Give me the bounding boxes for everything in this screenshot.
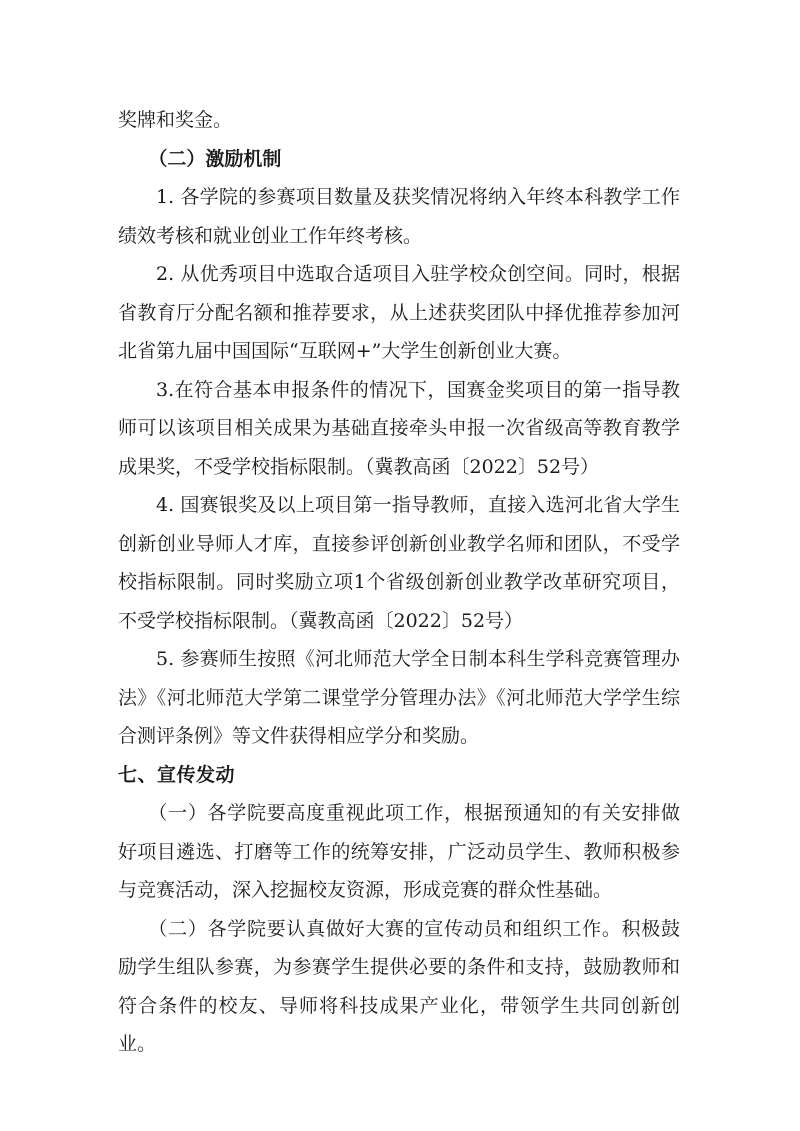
subheading-incentive-mechanism: （二）激励机制: [118, 140, 680, 179]
section-heading-publicity: 七、宣传发动: [118, 756, 680, 795]
paragraph-continuation: 奖牌和奖金。: [118, 101, 680, 140]
paragraph-item-4: 4. 国赛银奖及以上项目第一指导教师，直接入选河北省大学生创新创业导师人才库，直…: [118, 486, 680, 640]
paragraph-item-3: 3.在符合基本申报条件的情况下，国赛金奖项目的第一指导教师可以该项目相关成果为基…: [118, 371, 680, 487]
paragraph-publicity-2: （二）各学院要认真做好大赛的宣传动员和组织工作。积极鼓励学生组队参赛，为参赛学生…: [118, 910, 680, 1064]
paragraph-item-1: 1. 各学院的参赛项目数量及获奖情况将纳入年终本科教学工作绩效考核和就业创业工作…: [118, 178, 680, 255]
paragraph-item-5: 5. 参赛师生按照《河北师范大学全日制本科生学科竞赛管理办法》《河北师范大学第二…: [118, 640, 680, 756]
document-page: 奖牌和奖金。 （二）激励机制 1. 各学院的参赛项目数量及获奖情况将纳入年终本科…: [118, 101, 680, 1064]
paragraph-publicity-1: （一）各学院要高度重视此项工作，根据预通知的有关安排做好项目遴选、打磨等工作的统…: [118, 794, 680, 910]
paragraph-item-2: 2. 从优秀项目中选取合适项目入驻学校众创空间。同时，根据省教育厅分配名额和推荐…: [118, 255, 680, 371]
